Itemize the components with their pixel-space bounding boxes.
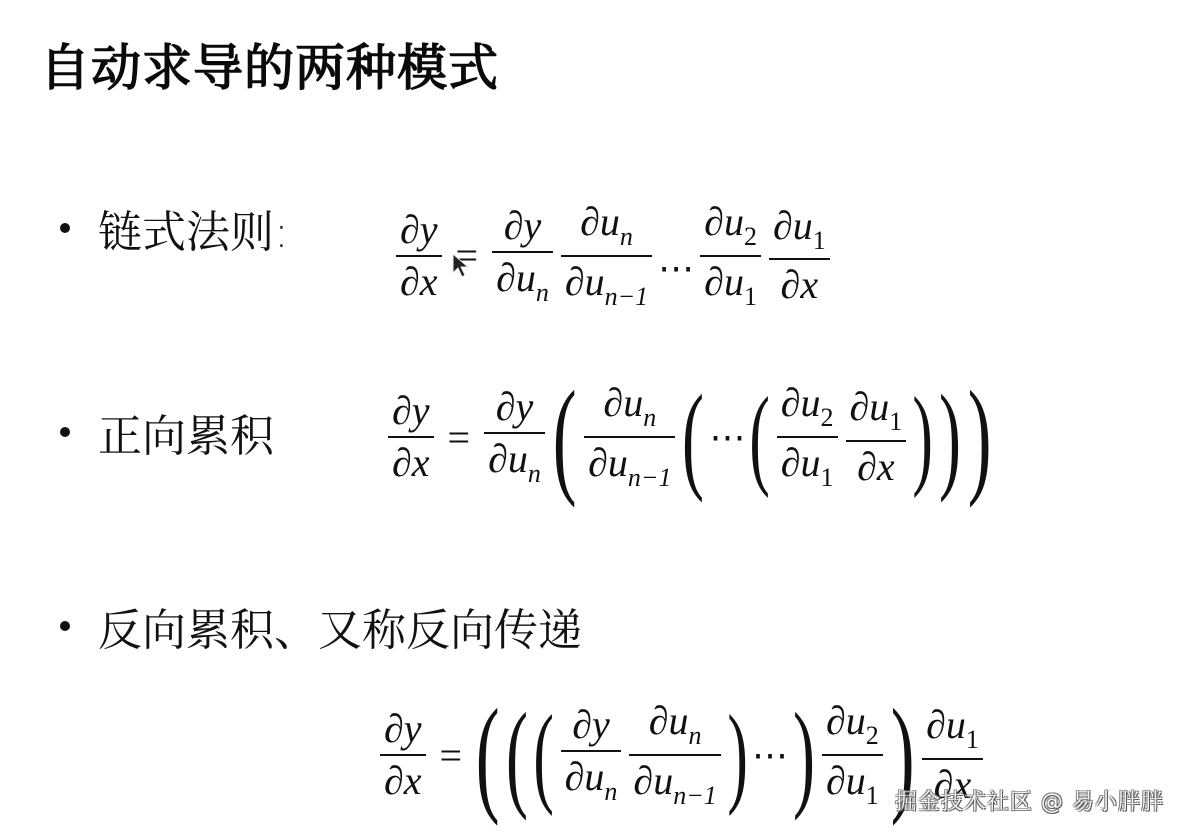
- fraction-dun-dun1: ∂un ∂un−1: [629, 699, 720, 810]
- bullet-chain-rule: 链式法则:: [60, 196, 289, 260]
- bullet-label: 反向累积、又称反向传递: [98, 594, 582, 658]
- fraction-dy-dx: ∂y ∂x: [388, 389, 434, 485]
- fraction-dy-dun: ∂y ∂un: [492, 204, 553, 308]
- fraction-du1-dx: ∂u1 ∂x: [846, 385, 907, 489]
- bullet-forward-accumulation: 正向累积: [60, 400, 274, 464]
- left-paren: (: [750, 381, 771, 493]
- fraction-du2-du1: ∂u2 ∂u1: [700, 200, 761, 311]
- bullet-label: 链式法则:: [98, 196, 289, 260]
- ellipsis: ⋯: [752, 734, 788, 776]
- bullet-dot-icon: [60, 621, 70, 631]
- right-paren: ): [727, 699, 748, 811]
- bullet-dot-icon: [60, 223, 70, 233]
- fraction-dun-dun1: ∂un ∂un−1: [584, 381, 675, 492]
- left-paren: (: [506, 695, 528, 815]
- right-paren: ): [793, 695, 815, 815]
- left-paren: (: [476, 690, 500, 820]
- bullet-reverse-accumulation: 反向累积、又称反向传递: [60, 594, 582, 658]
- fraction-dun-dun1: ∂un ∂un−1: [561, 200, 652, 311]
- equals-sign: =: [440, 732, 463, 779]
- fraction-dy-dx: ∂y ∂x: [396, 208, 442, 304]
- forward-accumulation-formula: ∂y ∂x = ∂y ∂un ( ∂un ∂un−1 ( ⋯ ( ∂u2 ∂u1…: [384, 372, 995, 502]
- fraction-dy-dun: ∂y ∂un: [484, 385, 545, 489]
- left-paren: (: [682, 377, 704, 497]
- fraction-dy-dx: ∂y ∂x: [380, 707, 426, 803]
- fraction-du2-du1: ∂u2 ∂u1: [777, 381, 838, 492]
- slide-title: 自动求导的两种模式: [40, 28, 499, 100]
- equals-sign: =: [448, 414, 471, 461]
- watermark: 掘金技术社区 @ 易小胖胖: [895, 785, 1164, 816]
- bullet-dot-icon: [60, 427, 70, 437]
- right-paren: ): [967, 372, 991, 502]
- right-paren: ): [913, 381, 934, 493]
- right-paren: ): [939, 377, 961, 497]
- mouse-pointer-icon: [452, 253, 470, 279]
- fraction-du2-du1: ∂u2 ∂u1: [822, 699, 883, 810]
- ellipsis: ⋯: [658, 247, 694, 289]
- ellipsis: ⋯: [709, 416, 745, 458]
- fraction-dy-dun: ∂y ∂un: [561, 703, 622, 807]
- left-paren: (: [553, 372, 577, 502]
- left-paren: (: [534, 699, 555, 811]
- fraction-du1-dx: ∂u1 ∂x: [769, 204, 830, 308]
- bullet-label: 正向累积: [98, 400, 274, 464]
